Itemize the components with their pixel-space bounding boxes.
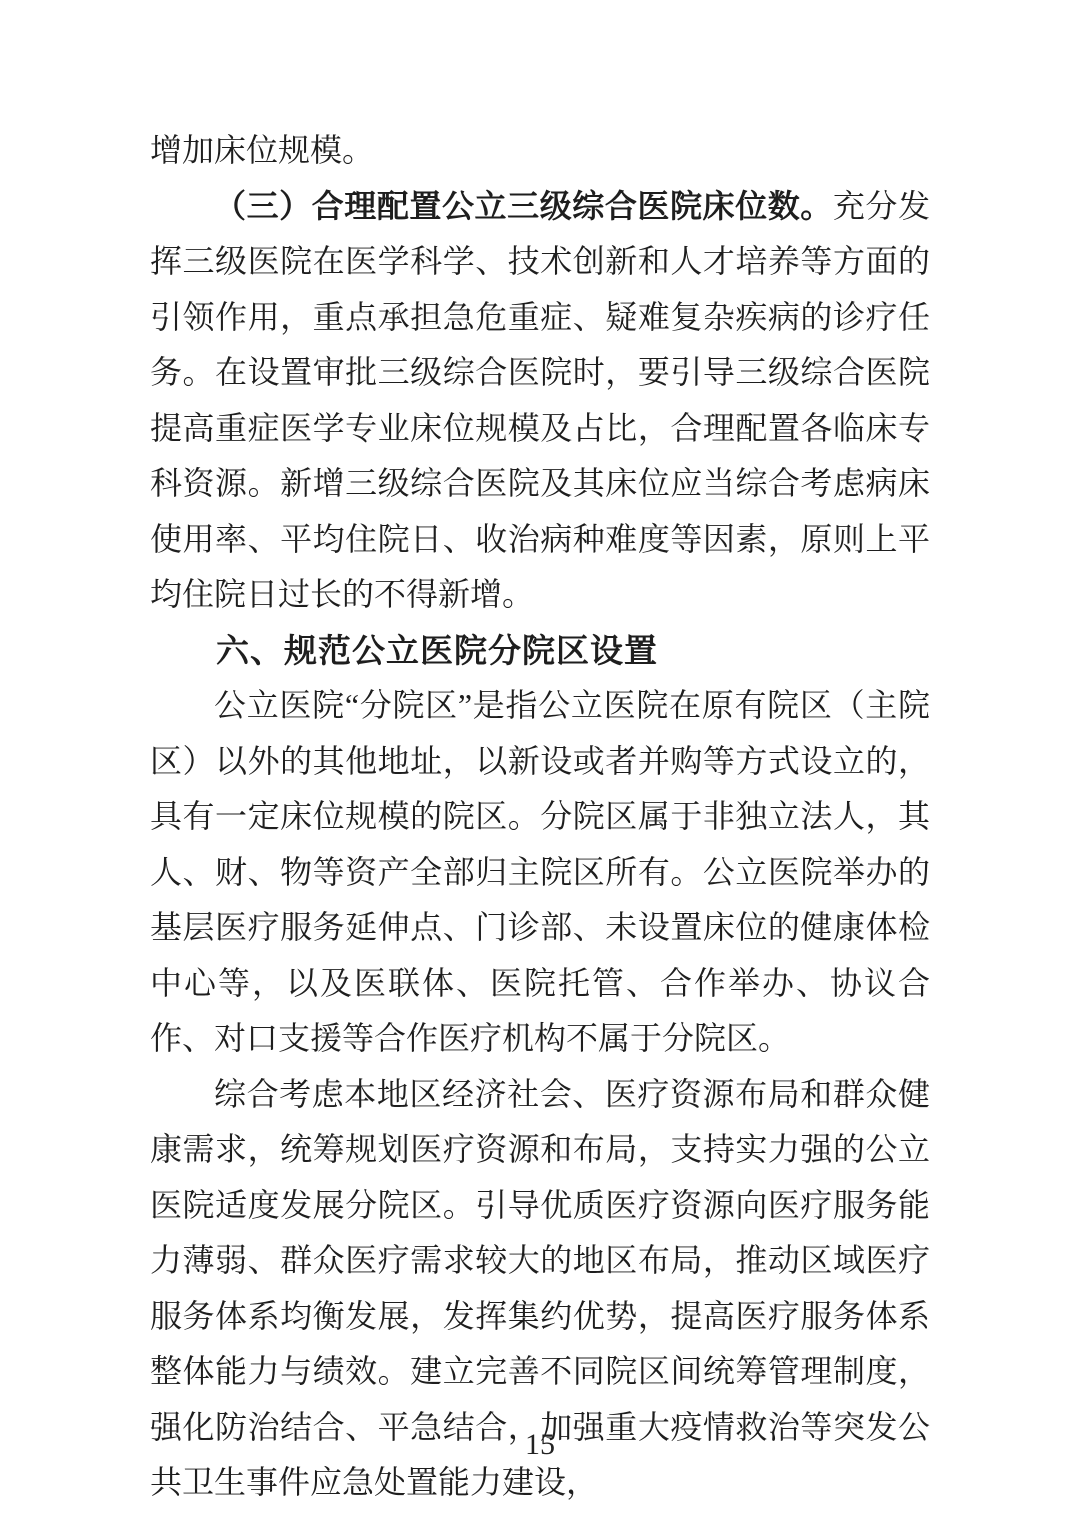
document-body: 增加床位规模。 （三）合理配置公立三级综合医院床位数。充分发挥三级医院在医学科学…	[150, 123, 930, 1511]
page-number: 15	[0, 1422, 1080, 1467]
document-page: 增加床位规模。 （三）合理配置公立三级综合医院床位数。充分发挥三级医院在医学科学…	[0, 0, 1080, 1526]
paragraph-item-3-lead: （三）合理配置公立三级综合医院床位数。	[214, 188, 833, 224]
paragraph-branch-definition: 公立医院“分院区”是指公立医院在原有院区（主院区）以外的其他地址，以新设或者并购…	[150, 678, 930, 1067]
paragraph-item-3-text: 充分发挥三级医院在医学科学、技术创新和人才培养等方面的引领作用，重点承担急危重症…	[150, 188, 930, 613]
paragraph-continuation: 增加床位规模。	[150, 123, 930, 179]
paragraph-item-3: （三）合理配置公立三级综合医院床位数。充分发挥三级医院在医学科学、技术创新和人才…	[150, 179, 930, 623]
section-heading-6: 六、规范公立医院分院区设置	[150, 623, 930, 679]
